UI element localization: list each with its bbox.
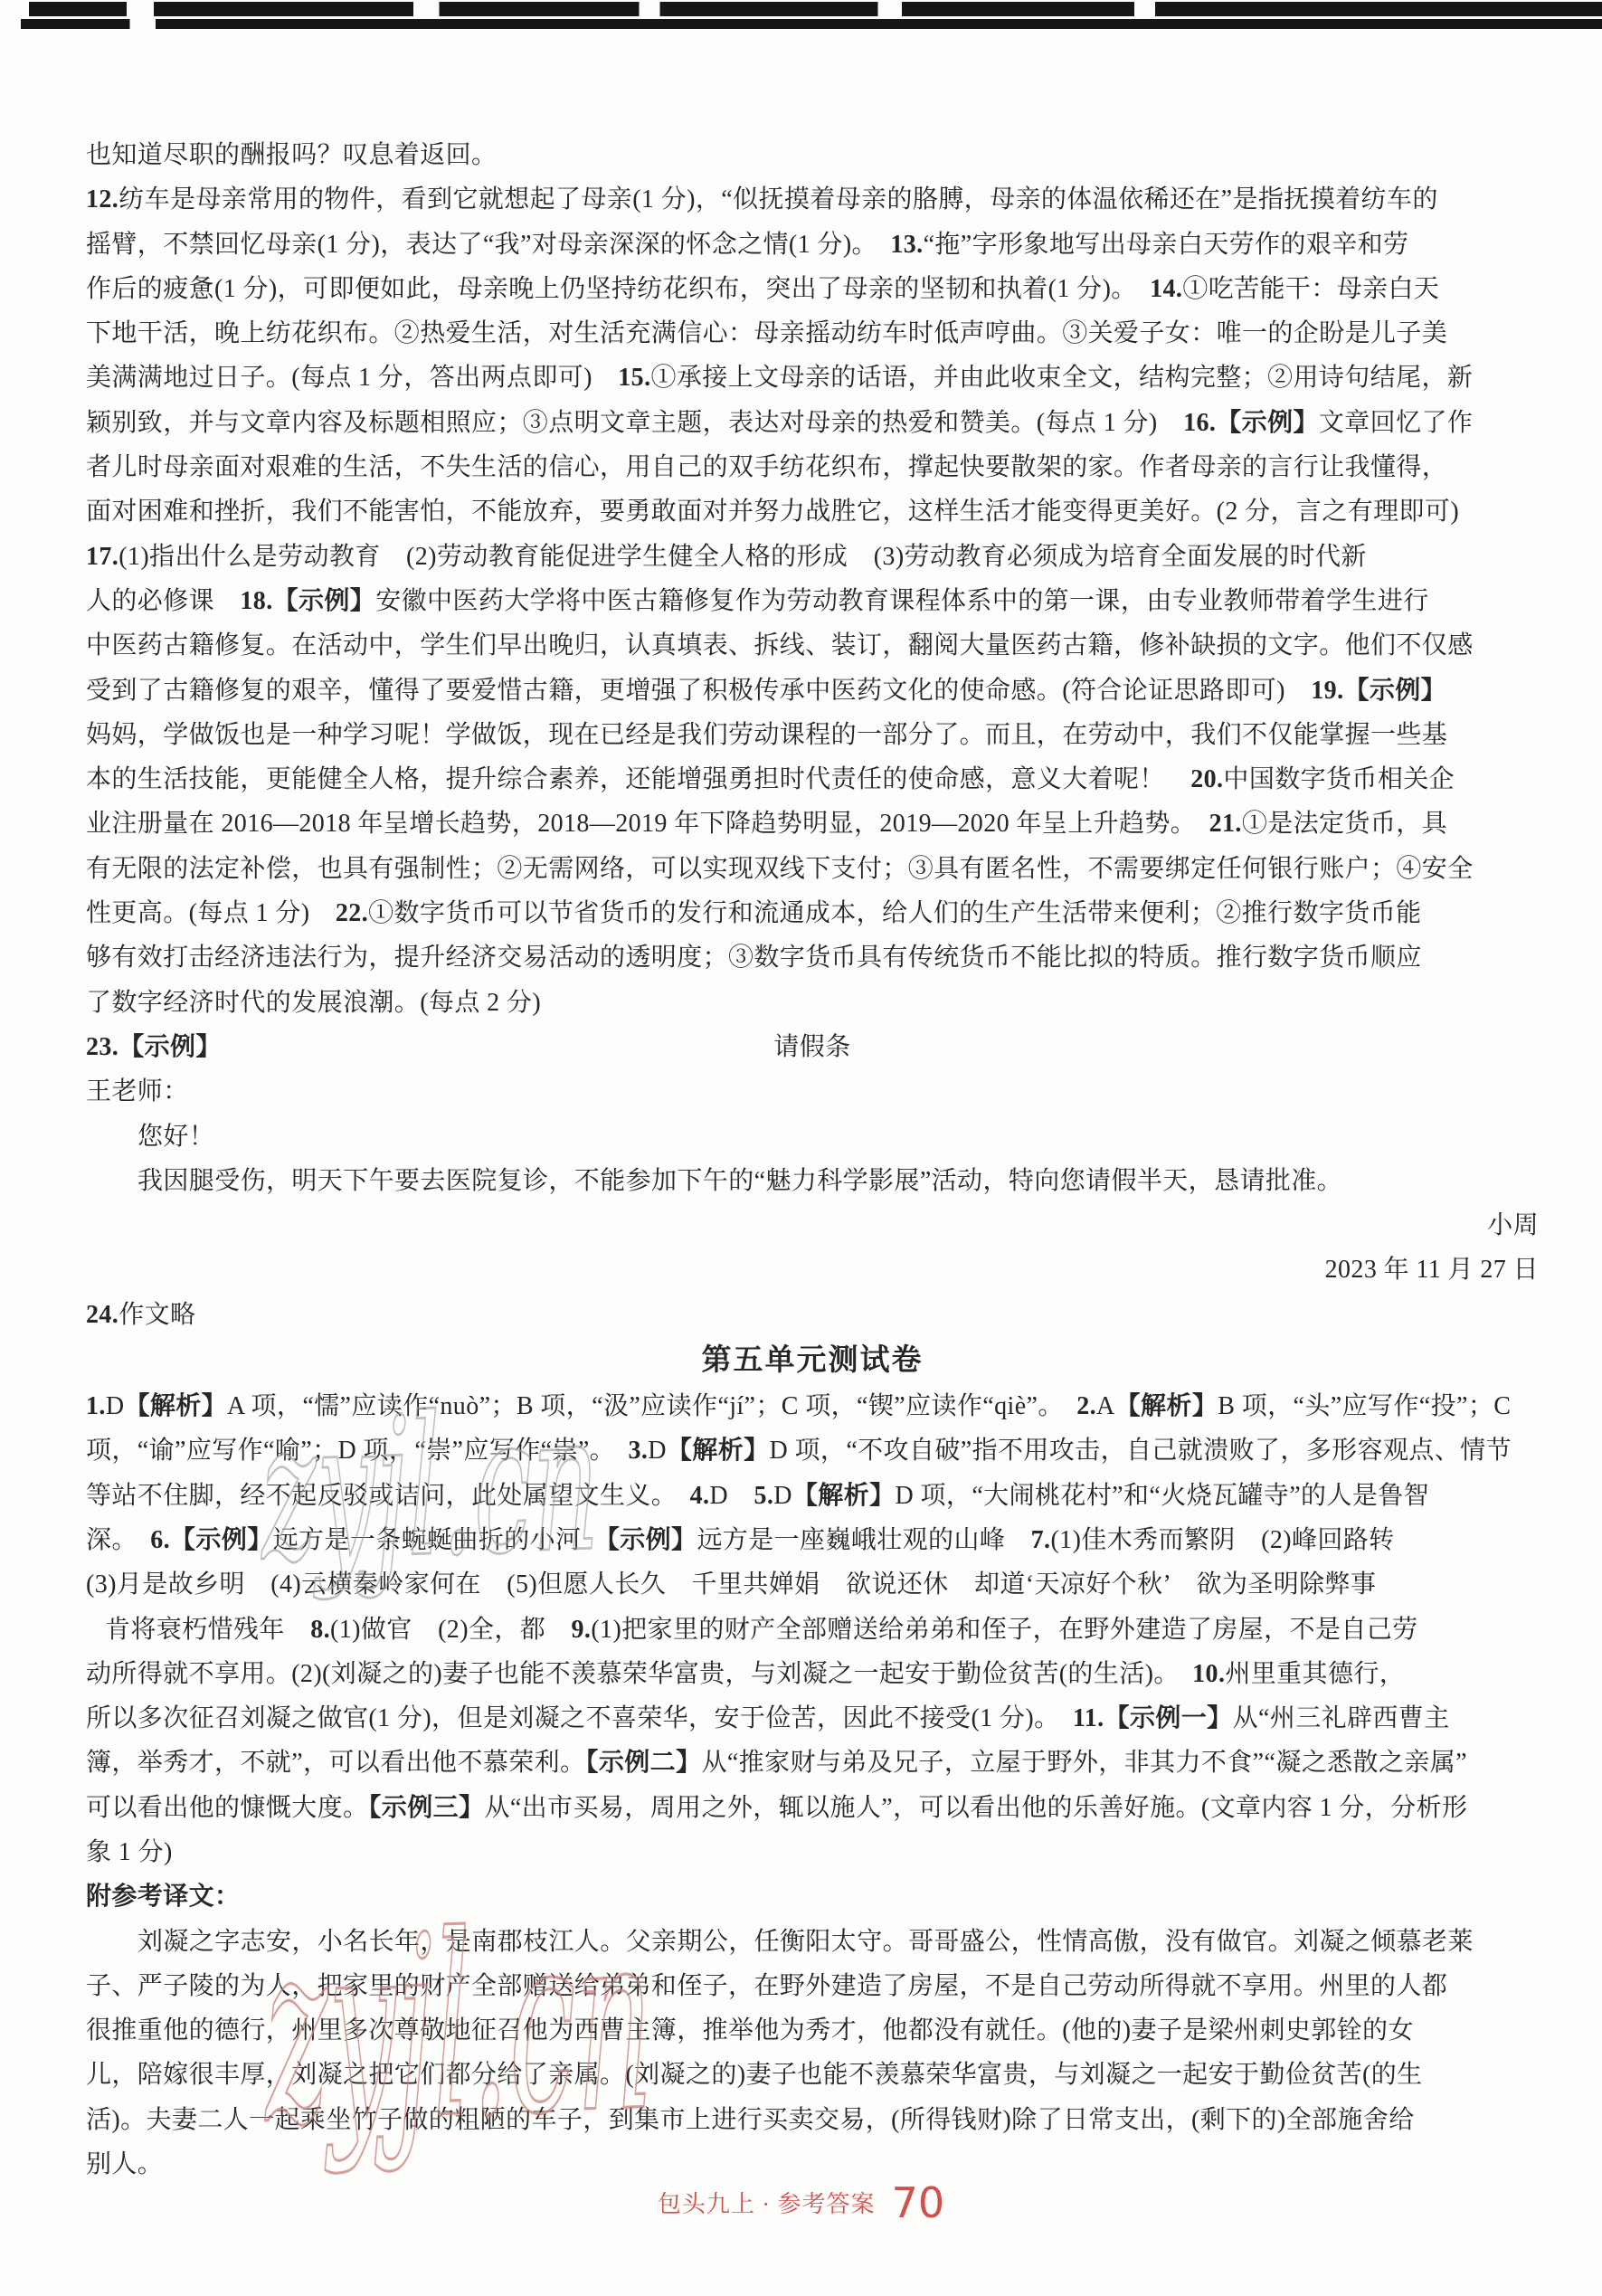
text-line: 1.D【解析】A 项，“懦”应读作“nuò”；B 项，“汲”应读作“jí”；C … xyxy=(86,1384,1539,1428)
text-line: 2023 年 11 月 27 日 xyxy=(86,1248,1539,1292)
answer-text: ①数字货币可以节省货币的发行和流通成本，给人们的生产生活带来便利；②推行数字货币… xyxy=(368,899,1421,927)
text-line: (3)月是故乡明 (4)云横秦岭家何在 (5)但愿人长久 千里共婵娟 欲说还休 … xyxy=(86,1562,1539,1607)
answer-text: 2023 年 11 月 27 日 xyxy=(1325,1256,1539,1284)
answer-text: 中医药古籍修复。在活动中，学生们早出晚归，认真填表、拆线、装订，翻阅大量医药古籍… xyxy=(86,631,1474,659)
text-line: 附参考译文： xyxy=(86,1874,1539,1919)
answer-text: 纺车是母亲常用的物件，看到它就想起了母亲(1 分)，“似抚摸着母亲的胳膊，母亲的… xyxy=(118,185,1438,213)
answer-number-label: 【示例三】 xyxy=(368,1794,484,1822)
text-line: 24.作文略 xyxy=(86,1293,1539,1337)
answer-text: 作后的疲惫(1 分)，可即便如此，母亲晚上仍坚持纺花织布，突出了母亲的坚韧和执着… xyxy=(86,275,1150,303)
answer-number-label: 【解析】 xyxy=(667,1437,770,1465)
answer-number-label: 【示例】 xyxy=(170,1526,273,1554)
answer-number-label: 3. xyxy=(628,1437,648,1465)
text-line: 很推重他的德行，州里多次尊敬地征召他为西曹主簿，推举他为秀才，他都没有就任。(他… xyxy=(86,2008,1539,2053)
answer-number-label: 18. xyxy=(240,587,272,615)
answer-text: 远方是一座巍峨壮观的山峰 xyxy=(697,1526,1030,1554)
answer-number-label: 11. xyxy=(1073,1704,1104,1732)
answer-text: D 项，“不攻自破”指不用攻击，自己就溃败了，多形容观点、情节 xyxy=(770,1437,1512,1465)
text-line: 可以看出他的慷慨大度。【示例三】从“出市买易，周用之外，辄以施人”，可以看出他的… xyxy=(86,1786,1539,1830)
answer-text: 者儿时母亲面对艰难的生活，不失生活的信心，用自己的双手纺花织布，撑起快要散架的家… xyxy=(86,453,1447,481)
answer-text: 别人。 xyxy=(86,2150,163,2178)
text-line: 12.纺车是母亲常用的物件，看到它就想起了母亲(1 分)，“似抚摸着母亲的胳膊，… xyxy=(86,177,1539,222)
leave-note-title: 请假条 xyxy=(86,1025,1539,1069)
answer-text: 可以看出他的慷慨大度。 xyxy=(86,1794,368,1822)
answer-text: (3)月是故乡明 (4)云横秦岭家何在 (5)但愿人长久 千里共婵娟 欲说还休 … xyxy=(86,1570,1376,1599)
text-line: 深。 6.【示例】远方是一条蜿蜒曲折的小河 【示例】远方是一座巍峨壮观的山峰 7… xyxy=(86,1518,1539,1562)
answer-number-label: 7. xyxy=(1031,1526,1051,1554)
answer-text: 动所得就不享用。(2)(刘凝之的)妻子也能不羡慕荣华富贵，与刘凝之一起安于勤俭贫… xyxy=(86,1660,1192,1688)
answer-number-label: 15. xyxy=(618,364,650,392)
text-line: 刘凝之字志安，小名长年，是南郡枝江人。父亲期公，任衡阳太守。哥哥盛公，性情高傲，… xyxy=(86,1920,1539,1964)
text-line: 所以多次征召刘凝之做官(1 分)，但是刘凝之不喜荣华，安于俭苦，因此不接受(1 … xyxy=(86,1696,1539,1741)
answer-number-label: 19. xyxy=(1311,677,1343,705)
answer-number-label: 10. xyxy=(1192,1660,1225,1688)
answer-text: 活)。夫妻二人一起乘坐竹子做的粗陋的车子，到集市上进行买卖交易，(所得钱财)除了… xyxy=(86,2106,1415,2134)
text-line: 小周 xyxy=(86,1203,1539,1248)
text-line: 颖别致，并与文章内容及标题相照应；③点明文章主题，表达对母亲的热爱和赞美。(每点… xyxy=(86,401,1539,445)
answer-number-label: 12. xyxy=(86,185,118,213)
text-line: 17.(1)指出什么是劳动教育 (2)劳动教育能促进学生健全人格的形成 (3)劳… xyxy=(86,535,1539,579)
answer-text: 作文略 xyxy=(118,1301,195,1329)
answer-text: 王老师： xyxy=(86,1077,189,1105)
text-line: 了数字经济时代的发展浪潮。(每点 2 分) xyxy=(86,981,1539,1025)
answer-text: D xyxy=(648,1437,667,1465)
answer-text: 等站不住脚，经不起反驳或诘问，此处属望文生义。 xyxy=(86,1482,690,1510)
answer-number-label: 【示例】 xyxy=(607,1526,697,1554)
answer-number-label: 9. xyxy=(572,1616,592,1644)
answer-text: 州里重其德行， xyxy=(1225,1660,1405,1688)
text-line: 妈妈，学做饭也是一种学习呢！学做饭，现在已经是我们劳动课程的一部分了。而且，在劳… xyxy=(86,713,1539,757)
answer-number-label: 【解析】 xyxy=(792,1482,896,1510)
answer-text: 性更高。(每点 1 分) xyxy=(86,899,336,927)
answer-text: B 项，“头”应写作“投”；C xyxy=(1218,1392,1511,1420)
answer-text: 簿，举秀才，不就”，可以看出他不慕荣利。 xyxy=(86,1749,585,1777)
section-title: 第五单元测试卷 xyxy=(86,1337,1539,1384)
text-line: 簿，举秀才，不就”，可以看出他不慕荣利。【示例二】从“推家财与弟及兄子，立屋于野… xyxy=(86,1741,1539,1785)
text-line: 美满满地过日子。(每点 1 分，答出两点即可) 15.①承接上文母亲的话语，并由… xyxy=(86,356,1539,400)
answer-text: 摇臂，不禁回忆母亲(1 分)，表达了“我”对母亲深深的怀念之情(1 分)。 xyxy=(86,231,890,259)
answer-number-label: 附参考译文： xyxy=(86,1883,240,1911)
answer-text: ①是法定货币，具 xyxy=(1242,810,1447,838)
text-line: 作后的疲惫(1 分)，可即便如此，母亲晚上仍坚持纺花织布，突出了母亲的坚韧和执着… xyxy=(86,267,1539,311)
answer-text: “拖”字形象地写出母亲白天劳作的艰辛和劳 xyxy=(924,231,1409,259)
answer-text: 美满满地过日子。(每点 1 分，答出两点即可) xyxy=(86,364,618,392)
text-line: 我因腿受伤，明天下午要去医院复诊，不能参加下午的“魅力科学影展”活动，特向您请假… xyxy=(86,1159,1539,1203)
text-line: 摇臂，不禁回忆母亲(1 分)，表达了“我”对母亲深深的怀念之情(1 分)。 13… xyxy=(86,223,1539,267)
text-line: 够有效打击经济违法行为，提升经济交易活动的透明度；③数字货币具有传统货币不能比拟… xyxy=(86,935,1539,980)
text-line: 下地干活，晚上纺花织布。②热爱生活，对生活充满信心：母亲摇动纺车时低声哼曲。③关… xyxy=(86,311,1539,356)
answer-text: 中国数字货币相关企 xyxy=(1223,765,1455,793)
answer-text: 小周 xyxy=(1487,1211,1539,1239)
text-line: 王老师： xyxy=(86,1069,1539,1114)
text-line: 您好！ xyxy=(86,1115,1539,1159)
answer-text: 妈妈，学做饭也是一种学习呢！学做饭，现在已经是我们劳动课程的一部分了。而且，在劳… xyxy=(86,721,1447,749)
text-block: 也知道尽职的酬报吗？叹息着返回。12.纺车是母亲常用的物件，看到它就想起了母亲(… xyxy=(86,133,1539,2187)
answer-number-label: 24. xyxy=(86,1301,118,1329)
answer-text: 我因腿受伤，明天下午要去医院复诊，不能参加下午的“魅力科学影展”活动，特向您请假… xyxy=(137,1167,1342,1195)
answer-text: 很推重他的德行，州里多次尊敬地征召他为西曹主簿，推举他为秀才，他都没有就任。(他… xyxy=(86,2016,1414,2045)
text-line: 项，“谕”应写作“喻”；D 项，“崇”应写作“祟”。 3.D【解析】D 项，“不… xyxy=(86,1428,1539,1473)
answer-number-label: 2. xyxy=(1076,1392,1096,1420)
text-line: 性更高。(每点 1 分) 22.①数字货币可以节省货币的发行和流通成本，给人们的… xyxy=(86,891,1539,935)
answer-text: (1)佳木秀而繁阴 (2)峰回路转 xyxy=(1050,1526,1394,1554)
answer-text: 有无限的法定补偿，也具有强制性；②无需网络，可以实现双线下支付；③具有匿名性，不… xyxy=(86,855,1474,883)
text-line: 动所得就不享用。(2)(刘凝之的)妻子也能不羡慕荣华富贵，与刘凝之一起安于勤俭贫… xyxy=(86,1652,1539,1696)
answer-text: 子、严子陵的为人，把家里的财产全部赠送给弟弟和侄子，在野外建造了房屋，不是自己劳… xyxy=(86,1972,1447,2000)
answer-text: (1)做官 (2)全，都 xyxy=(330,1616,572,1644)
text-line: 面对困难和挫折，我们不能害怕，不能放弃，要勇敢面对并努力战胜它，这样生活才能变得… xyxy=(86,489,1539,534)
scan-artifact-bar-top xyxy=(0,2,1602,16)
page-footer: 包头九上 · 参考答案 70 xyxy=(0,2178,1602,2227)
answer-number-label: 【示例】 xyxy=(273,587,376,615)
answer-text: 项，“谕”应写作“喻”；D 项，“崇”应写作“祟”。 xyxy=(86,1437,628,1465)
text-line: 也知道尽职的酬报吗？叹息着返回。 xyxy=(86,133,1539,177)
answer-text: D xyxy=(106,1392,125,1420)
answer-number-label: 22. xyxy=(336,899,368,927)
text-line: 23.【示例】请假条 xyxy=(86,1025,1539,1069)
answer-number-label: 8. xyxy=(310,1616,330,1644)
answer-text: 本的生活技能，更能健全人格，提升综合素养，还能增强勇担时代责任的使命感，意义大着… xyxy=(86,765,1190,793)
answer-text: D xyxy=(773,1482,792,1510)
answer-text: A 项，“懦”应读作“nuò”；B 项，“汲”应读作“jí”；C 项，“锲”应读… xyxy=(227,1392,1076,1420)
answer-text: 业注册量在 2016—2018 年呈增长趋势，2018—2019 年下降趋势明显… xyxy=(86,810,1209,838)
answer-text: 颖别致，并与文章内容及标题相照应；③点明文章主题，表达对母亲的热爱和赞美。(每点… xyxy=(86,409,1183,437)
answer-text: 象 1 分) xyxy=(86,1838,173,1866)
text-line: 活)。夫妻二人一起乘坐竹子做的粗陋的车子，到集市上进行买卖交易，(所得钱财)除了… xyxy=(86,2098,1539,2142)
answer-number-label: 4. xyxy=(690,1482,710,1510)
answer-text: 深。 xyxy=(86,1526,150,1554)
answer-text: 从“推家财与弟及兄子，立屋于野外，非其力不食”“凝之悉散之亲属” xyxy=(701,1749,1467,1777)
answer-text: 也知道尽职的酬报吗？叹息着返回。 xyxy=(86,141,497,169)
answer-text: ①承接上文母亲的话语，并由此收束全文，结构完整；②用诗句结尾，新 xyxy=(650,364,1473,392)
answer-text: 文章回忆了作 xyxy=(1319,409,1473,437)
answer-text: 儿，陪嫁很丰厚，刘凝之把它们都分给了亲属。(刘凝之的)妻子也能不羡慕荣华富贵，与… xyxy=(86,2061,1423,2089)
answer-text: 下地干活，晚上纺花织布。②热爱生活，对生活充满信心：母亲摇动纺车时低声哼曲。③关… xyxy=(86,319,1447,347)
answer-number-label: 【示例】 xyxy=(1216,409,1319,437)
answer-number-label: 1. xyxy=(86,1392,106,1420)
answer-text: A xyxy=(1096,1392,1115,1420)
answer-text: 从“出市买易，周用之外，辄以施人”，可以看出他的乐善好施。(文章内容 1 分，分… xyxy=(484,1794,1467,1822)
answer-text: 面对困难和挫折，我们不能害怕，不能放弃，要勇敢面对并努力战胜它，这样生活才能变得… xyxy=(86,498,1459,526)
text-line: 受到了古籍修复的艰辛，懂得了要爱惜古籍，更增强了积极传承中医药文化的使命感。(符… xyxy=(86,669,1539,713)
answer-number-label: 20. xyxy=(1190,765,1223,793)
scan-artifact-bar-bottom xyxy=(0,19,1602,29)
answer-number-label: 【解析】 xyxy=(124,1392,227,1420)
text-line: 业注册量在 2016—2018 年呈增长趋势，2018—2019 年下降趋势明显… xyxy=(86,802,1539,846)
answer-text: 刘凝之字志安，小名长年，是南郡枝江人。父亲期公，任衡阳太守。哥哥盛公，性情高傲，… xyxy=(137,1928,1474,1956)
answer-text: (1)指出什么是劳动教育 (2)劳动教育能促进学生健全人格的形成 (3)劳动教育… xyxy=(118,543,1367,571)
answer-text: 了数字经济时代的发展浪潮。(每点 2 分) xyxy=(86,989,541,1017)
answer-number-label: 21. xyxy=(1209,810,1242,838)
text-line: 人的必修课 18.【示例】安徽中医药大学将中医古籍修复作为劳动教育课程体系中的第… xyxy=(86,579,1539,623)
answer-number-label: 第五单元测试卷 xyxy=(702,1344,924,1377)
answer-text: (1)把家里的财产全部赠送给弟弟和侄子，在野外建造了房屋，不是自己劳 xyxy=(591,1616,1417,1644)
answer-text: 够有效打击经济违法行为，提升经济交易活动的透明度；③数字货币具有传统货币不能比拟… xyxy=(86,944,1422,972)
answer-text: 人的必修课 xyxy=(86,587,240,615)
answer-text: 所以多次征召刘凝之做官(1 分)，但是刘凝之不喜荣华，安于俭苦，因此不接受(1 … xyxy=(86,1704,1073,1732)
answer-number-label: 5. xyxy=(754,1482,773,1510)
answer-text: 受到了古籍修复的艰辛，懂得了要爱惜古籍，更增强了积极传承中医药文化的使命感。(符… xyxy=(86,677,1311,705)
answer-number-label: 【示例】 xyxy=(1343,677,1446,705)
answer-text: ①吃苦能干：母亲白天 xyxy=(1182,275,1439,303)
answer-number-label: 13. xyxy=(890,231,923,259)
answer-number-label: 【示例一】 xyxy=(1104,1704,1233,1732)
answer-text: 远方是一条蜿蜒曲折的小河 xyxy=(273,1526,607,1554)
text-line: 者儿时母亲面对艰难的生活，不失生活的信心，用自己的双手纺花织布，撑起快要散架的家… xyxy=(86,445,1539,489)
scanned-answer-page: 也知道尽职的酬报吗？叹息着返回。12.纺车是母亲常用的物件，看到它就想起了母亲(… xyxy=(0,0,1602,2296)
text-line: 子、严子陵的为人，把家里的财产全部赠送给弟弟和侄子，在野外建造了房屋，不是自己劳… xyxy=(86,1964,1539,2008)
text-line: 肯将衰朽惜残年 8.(1)做官 (2)全，都 9.(1)把家里的财产全部赠送给弟… xyxy=(86,1608,1539,1652)
answer-number-label: 17. xyxy=(86,543,118,571)
answer-text: 您好！ xyxy=(137,1123,214,1151)
answer-text: 肯将衰朽惜残年 xyxy=(105,1616,310,1644)
footer-page-number: 70 xyxy=(892,2178,945,2227)
text-line: 本的生活技能，更能健全人格，提升综合素养，还能增强勇担时代责任的使命感，意义大着… xyxy=(86,757,1539,802)
text-line: 等站不住脚，经不起反驳或诘问，此处属望文生义。 4.D 5.D【解析】D 项，“… xyxy=(86,1474,1539,1518)
answer-number-label: 14. xyxy=(1150,275,1182,303)
answer-number-label: 6. xyxy=(150,1526,170,1554)
text-line: 有无限的法定补偿，也具有强制性；②无需网络，可以实现双线下支付；③具有匿名性，不… xyxy=(86,847,1539,891)
answer-number-label: 【解析】 xyxy=(1115,1392,1218,1420)
answer-text: 安徽中医药大学将中医古籍修复作为劳动教育课程体系中的第一课，由专业教师带着学生进… xyxy=(375,587,1428,615)
answer-text: D 项，“大闹桃花村”和“火烧瓦罐寺”的人是鲁智 xyxy=(896,1482,1430,1510)
text-line: 象 1 分) xyxy=(86,1830,1539,1874)
answer-number-label: 16. xyxy=(1183,409,1216,437)
answer-number-label: 【示例二】 xyxy=(585,1749,701,1777)
answer-text: 从“州三礼辟西曹主 xyxy=(1233,1704,1450,1732)
answer-text: D xyxy=(709,1482,754,1510)
text-line: 中医药古籍修复。在活动中，学生们早出晚归，认真填表、拆线、装订，翻阅大量医药古籍… xyxy=(86,623,1539,668)
footer-book-title: 包头九上 · 参考答案 xyxy=(658,2191,876,2217)
text-line: 儿，陪嫁很丰厚，刘凝之把它们都分给了亲属。(刘凝之的)妻子也能不羡慕荣华富贵，与… xyxy=(86,2053,1539,2097)
